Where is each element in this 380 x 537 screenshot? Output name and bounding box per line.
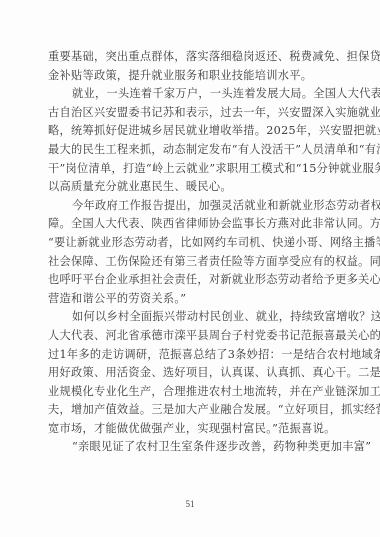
text-line: 人大代表、河北省承德市滦平县周台子村党委书记范振喜最关心的事。经	[48, 327, 333, 346]
text-line: 就业，一头连着千家万户，一头连着发展大局。全国人大代表、内蒙	[48, 85, 333, 104]
text-line: 障。全国人大代表、陕西省律师协会监事长方燕对此非常认同。方燕说：	[48, 215, 333, 234]
text-line: 如何以乡村全面振兴带动村民创业、就业，持续致富增收？这是全国	[48, 308, 333, 327]
text-line: 夫，增加产值效益。三是加大产业融合发展。“立好项目，抓实经营，拓	[48, 401, 333, 420]
text-line: 今年政府工作报告提出，加强灵活就业和新就业形态劳动者权益保	[48, 197, 333, 216]
text-line: 略，统筹抓好促进城乡居民就业增收举措。2025年，兴安盟把就业作为	[48, 122, 333, 141]
text-line: 过1年多的走访调研，范振喜总结了3条妙招：一是结合农村地域条件，	[48, 346, 333, 365]
text-line: 宽市场，才能做优做强产业，实现强村富民。”范振喜说。	[48, 420, 333, 439]
text-line: 用好政策、用活资金、选好项目，认真谋、认真抓、真心干。二是推动农	[48, 364, 333, 383]
text-line: 社会保障、工伤保险还有第三者责任险等方面享受应有的权益。同时，我	[48, 253, 333, 272]
text-line: “要让新就业形态劳动者，比如网约车司机、快递小哥、网络主播等，在	[48, 234, 333, 253]
page-number: 51	[0, 499, 380, 509]
text-line: 以高质量充分就业惠民生、暖民心。	[48, 178, 333, 197]
document-page: 重要基础，突出重点群体，落实落细稳岗返还、税费减免、担保贷款、资 金补贴等政策，…	[0, 0, 380, 537]
body-text: 重要基础，突出重点群体，落实落细稳岗返还、税费减免、担保贷款、资 金补贴等政策，…	[48, 48, 333, 457]
text-line: 业规模化专业化生产，合理推进农村土地流转，并在产业链深加工上下功	[48, 383, 333, 402]
text-line: 干”岗位清单，打造“岭上云就业”求职用工模式和“15分钟就业服务圈”，	[48, 160, 333, 179]
text-line: 营造和谐公平的劳资关系。”	[48, 290, 333, 309]
text-line: 也呼吁平台企业承担社会责任，对新就业形态劳动者给予更多关心关爱，	[48, 271, 333, 290]
text-line: “亲眼见证了农村卫生室条件逐步改善，药物种类更加丰富”	[48, 438, 333, 457]
text-line: 最大的民生工程来抓，动态制定发布“有人没活干”人员清单和“有活没人	[48, 141, 333, 160]
text-line: 金补贴等政策，提升就业服务和职业技能培训水平。	[48, 67, 333, 86]
text-line: 重要基础，突出重点群体，落实落细稳岗返还、税费减免、担保贷款、资	[48, 48, 333, 67]
text-line: 古自治区兴安盟委书记苏和表示，过去一年，兴安盟深入实施就业优先战	[48, 104, 333, 123]
